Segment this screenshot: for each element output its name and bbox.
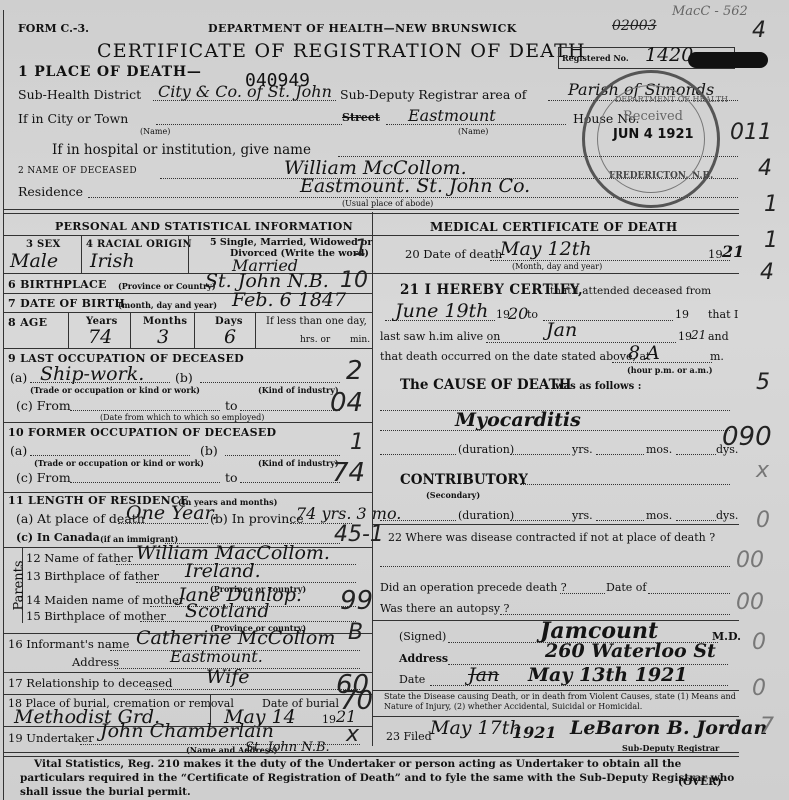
- autopsy-label: Was there an autopsy ?: [380, 602, 509, 615]
- date-of-death-caption: (Month, day and year): [512, 262, 602, 271]
- hospital-label: If in hospital or institution, give name: [52, 142, 311, 158]
- received-stamp: DEPARTMENT OF HEALTH Received JUN 4 1921…: [582, 70, 720, 208]
- cause-of-death-value: Myocarditis: [455, 409, 581, 431]
- rule: [380, 566, 730, 567]
- rule: [4, 348, 372, 349]
- rule: [372, 273, 739, 274]
- rule: [70, 482, 220, 483]
- margin-code: B: [348, 620, 363, 645]
- department-heading: DEPARTMENT OF HEALTH—NEW BRUNSWICK: [208, 22, 517, 35]
- birthplace-caption: (Province or Country): [118, 281, 216, 291]
- deceased-name-label: 2 NAME OF DECEASED: [18, 166, 137, 176]
- city-name-caption: (Name): [140, 127, 170, 136]
- certify-text: that I attended deceased from: [550, 285, 711, 297]
- relationship-value: Wife: [206, 666, 250, 688]
- age-months-value: 3: [157, 326, 169, 348]
- rule: [4, 422, 372, 423]
- informant-address-label: Address: [72, 655, 119, 669]
- occupation-to-label: to: [225, 398, 238, 413]
- undertaker-value: John Chamberlain: [100, 720, 274, 742]
- medical-section-title: MEDICAL CERTIFICATE OF DEATH: [430, 220, 678, 234]
- rule: [70, 410, 220, 411]
- and-label: and: [708, 330, 729, 343]
- margin-code: 00: [736, 590, 764, 615]
- former-a-label: (a): [10, 443, 27, 458]
- rule: [136, 582, 356, 583]
- crossed-number: 02003: [612, 18, 657, 34]
- margin-code: 2: [346, 356, 363, 386]
- attended-to-year-prefix: 19: [675, 308, 689, 321]
- margin-code: 0: [752, 630, 766, 655]
- date-of-death-label: 20 Date of death: [405, 247, 502, 261]
- marital-label-1: 5 Single, Married, Widowed or: [210, 237, 372, 248]
- margin-code: 7: [760, 714, 774, 739]
- dob-value: Feb. 6 1847: [232, 289, 346, 311]
- cause-footnote: State the Disease causing Death, or in d…: [384, 692, 740, 712]
- former-industry-caption: (Kind of industry): [258, 458, 339, 468]
- age-label: 8 AGE: [8, 316, 47, 329]
- rule: [4, 672, 372, 673]
- rule: [648, 593, 730, 594]
- margin-code: 4: [752, 18, 766, 43]
- age-years-value: 74: [88, 326, 112, 348]
- age-less-label: If less than one day,: [266, 316, 367, 327]
- father-birthplace-value: Ireland.: [185, 560, 261, 582]
- sub-health-district-label: Sub-Health District: [18, 87, 141, 102]
- contrib-mos-label: mos.: [646, 509, 672, 522]
- rule: [500, 614, 730, 615]
- rule: [130, 312, 131, 348]
- rule: [510, 520, 570, 521]
- rule: [255, 312, 256, 348]
- rule: [200, 382, 340, 383]
- age-min-label: min.: [350, 335, 370, 345]
- margin-code: 0: [756, 508, 770, 533]
- last-saw-year-prefix: 19: [678, 330, 692, 343]
- registered-number-label: Registered No.: [562, 53, 629, 63]
- physician-address-label: Address: [399, 652, 448, 665]
- operation-date-label: Date of: [606, 581, 647, 594]
- margin-code: 74: [332, 458, 365, 488]
- stamp-date: JUN 4 1921: [613, 127, 694, 142]
- employed-caption: (Date from which to which so employed): [100, 413, 264, 422]
- father-birthplace-label: 13 Birthplace of father: [26, 569, 159, 583]
- certificate-date-crossed: Jan: [468, 664, 499, 686]
- margin-code: 5: [756, 370, 770, 395]
- informant-address-value: Eastmount.: [170, 647, 263, 666]
- informant-name-label: 16 Informant's name: [8, 637, 129, 651]
- filed-label: 23 Filed: [386, 730, 432, 743]
- rule: [372, 235, 739, 236]
- occurred-value: 8 A: [628, 342, 660, 364]
- street-label: Street: [342, 111, 380, 124]
- rule: [612, 362, 712, 363]
- page-left-edge: [3, 10, 4, 800]
- occupation-a-label: (a): [10, 370, 27, 385]
- rule: [30, 455, 190, 456]
- relationship-label: 17 Relationship to deceased: [8, 676, 172, 690]
- margin-code: x: [756, 458, 769, 483]
- margin-code: 45-1: [334, 522, 384, 547]
- rule: [380, 520, 456, 521]
- industry-caption: (Kind of industry): [258, 385, 339, 395]
- rule: [225, 455, 340, 456]
- margin-code: 00: [736, 548, 764, 573]
- margin-code: 1: [764, 228, 778, 253]
- rule: [676, 520, 716, 521]
- mother-birthplace-value: Scotland: [185, 600, 270, 622]
- physician-address-value: 260 Waterloo St: [545, 640, 716, 662]
- registered-number-value: 1420: [645, 44, 693, 66]
- last-saw-value: Jan: [546, 319, 577, 341]
- panel-divider: [372, 212, 373, 746]
- rule: [510, 454, 570, 455]
- stamp-ring-bottom: FREDERICTON, N.B.: [609, 171, 713, 181]
- signed-label: (Signed): [399, 630, 446, 643]
- registrar-signature: LeBaron B. Jordan: [570, 717, 767, 739]
- contributory-label: CONTRIBUTORY: [400, 472, 528, 488]
- trade-caption: (Trade or occupation or kind or work): [30, 385, 200, 395]
- date-of-death-value: May 12th: [500, 238, 592, 260]
- margin-code: x: [346, 722, 359, 747]
- rule: [4, 694, 372, 695]
- sex-value: Male: [10, 250, 58, 272]
- undertaker-label: 19 Undertaker: [8, 731, 94, 745]
- sex-label: 3 SEX: [26, 239, 61, 250]
- dob-label: 7 DATE OF BIRTH: [8, 297, 125, 310]
- sub-deputy-area-label: Sub-Deputy Registrar area of: [340, 87, 526, 102]
- racial-origin-label: 4 RACIAL ORIGIN: [86, 239, 192, 250]
- margin-code: 0: [752, 676, 766, 701]
- margin-code: 04: [330, 388, 363, 418]
- margin-code: 011: [730, 120, 772, 145]
- rule: [520, 484, 730, 485]
- rule: [194, 312, 195, 348]
- age-days-value: 6: [224, 326, 236, 348]
- margin-code: 4: [758, 156, 772, 181]
- residence-label: Residence: [18, 184, 83, 199]
- occupation-b-label: (b): [175, 370, 193, 385]
- stamp-ring-top: DEPARTMENT OF HEALTH: [615, 95, 728, 104]
- occurred-label: that death occurred on the date stated a…: [380, 350, 650, 363]
- rule: [596, 520, 644, 521]
- street-name-caption: (Name): [458, 127, 488, 136]
- at-place-of-death-value: One Year.: [126, 502, 218, 524]
- former-to-label: to: [225, 470, 238, 485]
- redaction-mark: [688, 52, 768, 68]
- residence-value: Eastmount. St. John Co.: [300, 175, 530, 197]
- age-hrs-label: hrs. or: [300, 335, 330, 345]
- residence-caption: (Usual place of abode): [342, 199, 433, 208]
- margin-code: 1: [764, 192, 778, 217]
- operation-label: Did an operation precede death ?: [380, 581, 567, 594]
- margin-code: 99: [340, 586, 373, 616]
- death-certificate: FORM C.-3. DEPARTMENT OF HEALTH—NEW BRUN…: [0, 0, 789, 800]
- last-saw-year: 21: [691, 328, 706, 342]
- burial-year-prefix: 19: [322, 713, 336, 726]
- place-of-death-heading: 1 PLACE OF DEATH—: [18, 64, 202, 80]
- rule: [240, 482, 340, 483]
- former-from-label: (c) From: [16, 470, 71, 485]
- filed-date-value: May 17th: [430, 717, 522, 739]
- rule: [676, 454, 716, 455]
- cause-mos-label: mos.: [646, 443, 672, 456]
- racial-origin-value: Irish: [90, 250, 135, 272]
- rule: [380, 454, 456, 455]
- stamp-center-text: Received: [623, 109, 683, 124]
- form-number: FORM C.-3.: [18, 22, 89, 35]
- cause-yrs-label: yrs.: [572, 443, 593, 456]
- hour-caption: (hour p.m. or a.m.): [627, 365, 713, 375]
- over-note: (OVER): [678, 776, 722, 788]
- rule: [81, 235, 82, 273]
- margin-code: 1: [350, 430, 364, 455]
- certificate-date-value: May 13th 1921: [528, 664, 688, 686]
- margin-code: 4: [760, 260, 774, 285]
- archive-annotation: MacC - 562: [672, 4, 748, 19]
- personal-section-title: PERSONAL AND STATISTICAL INFORMATION: [55, 220, 353, 233]
- last-saw-label: last saw h.im alive on: [380, 330, 500, 343]
- rule: [372, 524, 739, 525]
- birthplace-label: 6 BIRTHPLACE: [8, 278, 107, 291]
- occupation-from-label: (c) From: [16, 398, 71, 413]
- last-occupation-value: Ship-work.: [40, 363, 144, 385]
- sub-health-district-value: City & Co. of St. John: [158, 82, 332, 101]
- former-occupation-label: 10 FORMER OCCUPATION OF DECEASED: [8, 426, 276, 439]
- mother-name-label: 14 Maiden name of mother: [26, 593, 184, 607]
- city-town-label: If in City or Town: [18, 111, 128, 126]
- that-i-label: that I: [708, 308, 738, 321]
- rule: [490, 260, 730, 261]
- rule: [372, 690, 739, 691]
- rule: [560, 593, 605, 594]
- parents-side-label: Parents: [12, 560, 27, 610]
- filed-year: 1921: [512, 723, 557, 742]
- md-label: M.D.: [712, 630, 741, 643]
- rule: [240, 410, 340, 411]
- informant-name-value: Catherine McCollom: [136, 627, 335, 649]
- attended-to-label: to: [527, 308, 538, 321]
- death-year-value: 21: [722, 242, 744, 261]
- secondary-caption: (Secondary): [426, 490, 480, 500]
- certificate-date-label: Date: [399, 673, 425, 686]
- contrib-yrs-label: yrs.: [572, 509, 593, 522]
- margin-code: 090: [722, 422, 772, 452]
- rule: [4, 312, 372, 313]
- margin-code: 1: [354, 236, 368, 261]
- contrib-dys-label: dys.: [716, 509, 738, 522]
- rule: [68, 312, 69, 348]
- city-town-line: [156, 124, 342, 125]
- margin-code: 10: [340, 268, 368, 293]
- margin-code: 70: [340, 686, 373, 716]
- contrib-duration-label: (duration): [458, 509, 514, 522]
- attended-from-year: 20: [508, 304, 528, 323]
- cause-label: The CAUSE OF DEATH: [400, 377, 571, 393]
- contracted-label: 22 Where was disease contracted if not a…: [388, 531, 715, 544]
- attended-from-value: June 19th: [395, 300, 488, 322]
- in-canada-label: (c) In Canada: [16, 531, 100, 544]
- rule: [4, 492, 372, 493]
- regulation-notice: Vital Statistics, Reg. 210 makes it the …: [20, 757, 740, 799]
- street-value: Eastmount: [408, 106, 496, 125]
- m-label: m.: [710, 350, 724, 363]
- dob-caption: (month, day and year): [118, 300, 217, 310]
- former-trade-caption: (Trade or occupation or kind or work): [34, 458, 204, 468]
- cause-duration-label: (duration): [458, 443, 514, 456]
- father-name-label: 12 Name of father: [26, 551, 133, 565]
- rule: [145, 689, 360, 690]
- rule: [188, 235, 189, 273]
- cause-label-suffix: was as follows :: [555, 381, 641, 392]
- certificate-title: CERTIFICATE OF REGISTRATION OF DEATH: [97, 40, 586, 62]
- rule: [596, 454, 644, 455]
- death-year-prefix: 19: [708, 247, 723, 261]
- former-b-label: (b): [200, 443, 218, 458]
